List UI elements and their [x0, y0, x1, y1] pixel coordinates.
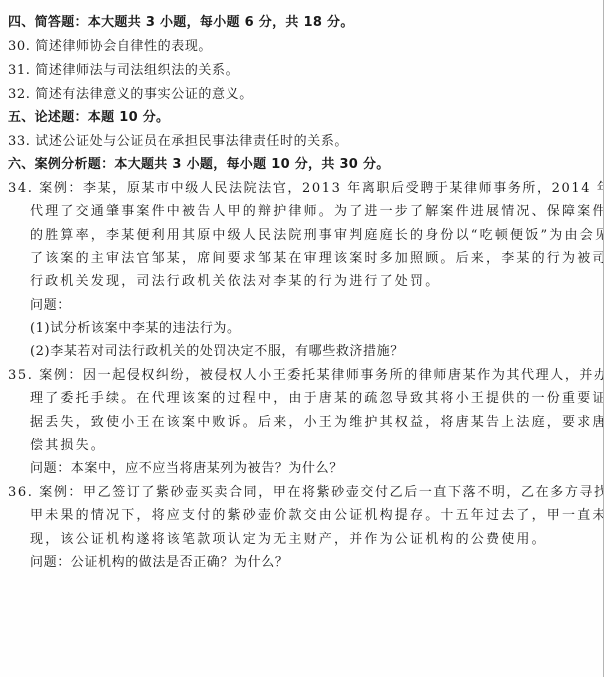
question-35-line-2: 理了委托手续。在代理该案的过程中，由于唐某的疏忽导致其将小王提供的一份重要证: [30, 390, 604, 408]
question-34-line-3: 的胜算率，李某便利用其原中级人民法院刑事审判庭庭长的身份以“吃顿便饭”为由会见: [30, 227, 604, 245]
question-36-question: 问题：公证机构的做法是否正确？为什么？: [30, 554, 288, 572]
question-35-line-1: 35. 案例：因一起侵权纠纷，被侵权人小王委托某律师事务所的律师唐某作为其代理人…: [8, 367, 604, 385]
question-text: 简述律师协会自律性的表现。: [35, 39, 212, 54]
question-text: 简述律师法与司法组织法的关系。: [35, 63, 239, 78]
question-32: 32. 简述有法律意义的事实公证的意义。: [8, 86, 253, 104]
question-35-line-3: 据丢失，致使小王在该案中败诉。后来，小王为维护其权益，将唐某告上法庭，要求唐某赔: [30, 414, 604, 432]
question-36-line-3: 现，该公证机构遂将该笔款项认定为无主财产，并作为公证机构的公费使用。: [30, 531, 547, 549]
question-31: 31. 简述律师法与司法组织法的关系。: [8, 62, 239, 80]
question-number: 33.: [8, 134, 30, 149]
exam-page: 四、简答题：本大题共 3 小题，每小题 6 分，共 18 分。 30. 简述律师…: [0, 0, 603, 677]
question-35-line-4: 偿其损失。: [30, 437, 106, 455]
case-text: 案例：李某，原某市中级人民法院法官，2013 年离职后受聘于某律师事务所，201…: [39, 181, 604, 196]
question-34-label: 问题：: [30, 297, 71, 315]
case-text: 案例：甲乙签订了紫砂壶买卖合同，甲在将紫砂壶交付乙后一直下落不明，乙在多方寻找: [39, 485, 604, 500]
question-34-sub-2: (2)李某若对司法行政机关的处罚决定不服，有哪些救济措施？: [30, 343, 404, 361]
question-text: 试述公证处与公证员在承担民事法律责任时的关系。: [35, 134, 348, 149]
question-number: 35.: [8, 368, 33, 383]
question-number: 31.: [8, 63, 30, 78]
question-36-line-2: 甲未果的情况下，将应支付的紫砂壶价款交由公证机构提存。十五年过去了，甲一直未出: [30, 507, 604, 525]
section-heading-essay: 五、论述题：本题 10 分。: [8, 109, 169, 127]
question-34-line-2: 代理了交通肇事案件中被告人甲的辩护律师。为了进一步了解案件进展情况、保障案件: [30, 203, 604, 221]
question-number: 32.: [8, 87, 30, 102]
question-34-line-5: 行政机关发现，司法行政机关依法对李某的行为进行了处罚。: [30, 273, 440, 291]
case-text: 案例：因一起侵权纠纷，被侵权人小王委托某律师事务所的律师唐某作为其代理人，并办: [39, 368, 604, 383]
question-35-question: 问题：本案中，应不应当将唐某列为被告？为什么？: [30, 460, 343, 478]
question-34-line-1: 34. 案例：李某，原某市中级人民法院法官，2013 年离职后受聘于某律师事务所…: [8, 180, 604, 198]
question-33: 33. 试述公证处与公证员在承担民事法律责任时的关系。: [8, 133, 348, 151]
question-number: 34.: [8, 181, 33, 196]
section-heading-short-answer: 四、简答题：本大题共 3 小题，每小题 6 分，共 18 分。: [8, 14, 354, 32]
question-34-line-4: 了该案的主审法官邹某，席间要求邹某在审理该案时多加照顾。后来，李某的行为被司法: [30, 250, 604, 268]
section-heading-case-analysis: 六、案例分析题：本大题共 3 小题，每小题 10 分，共 30 分。: [8, 156, 390, 174]
question-text: 简述有法律意义的事实公证的意义。: [35, 87, 253, 102]
question-34-sub-1: (1)试分析该案中李某的违法行为。: [30, 320, 241, 338]
question-36-line-1: 36. 案例：甲乙签订了紫砂壶买卖合同，甲在将紫砂壶交付乙后一直下落不明，乙在多…: [8, 484, 604, 502]
question-number: 36.: [8, 485, 33, 500]
question-30: 30. 简述律师协会自律性的表现。: [8, 38, 212, 56]
question-number: 30.: [8, 39, 30, 54]
